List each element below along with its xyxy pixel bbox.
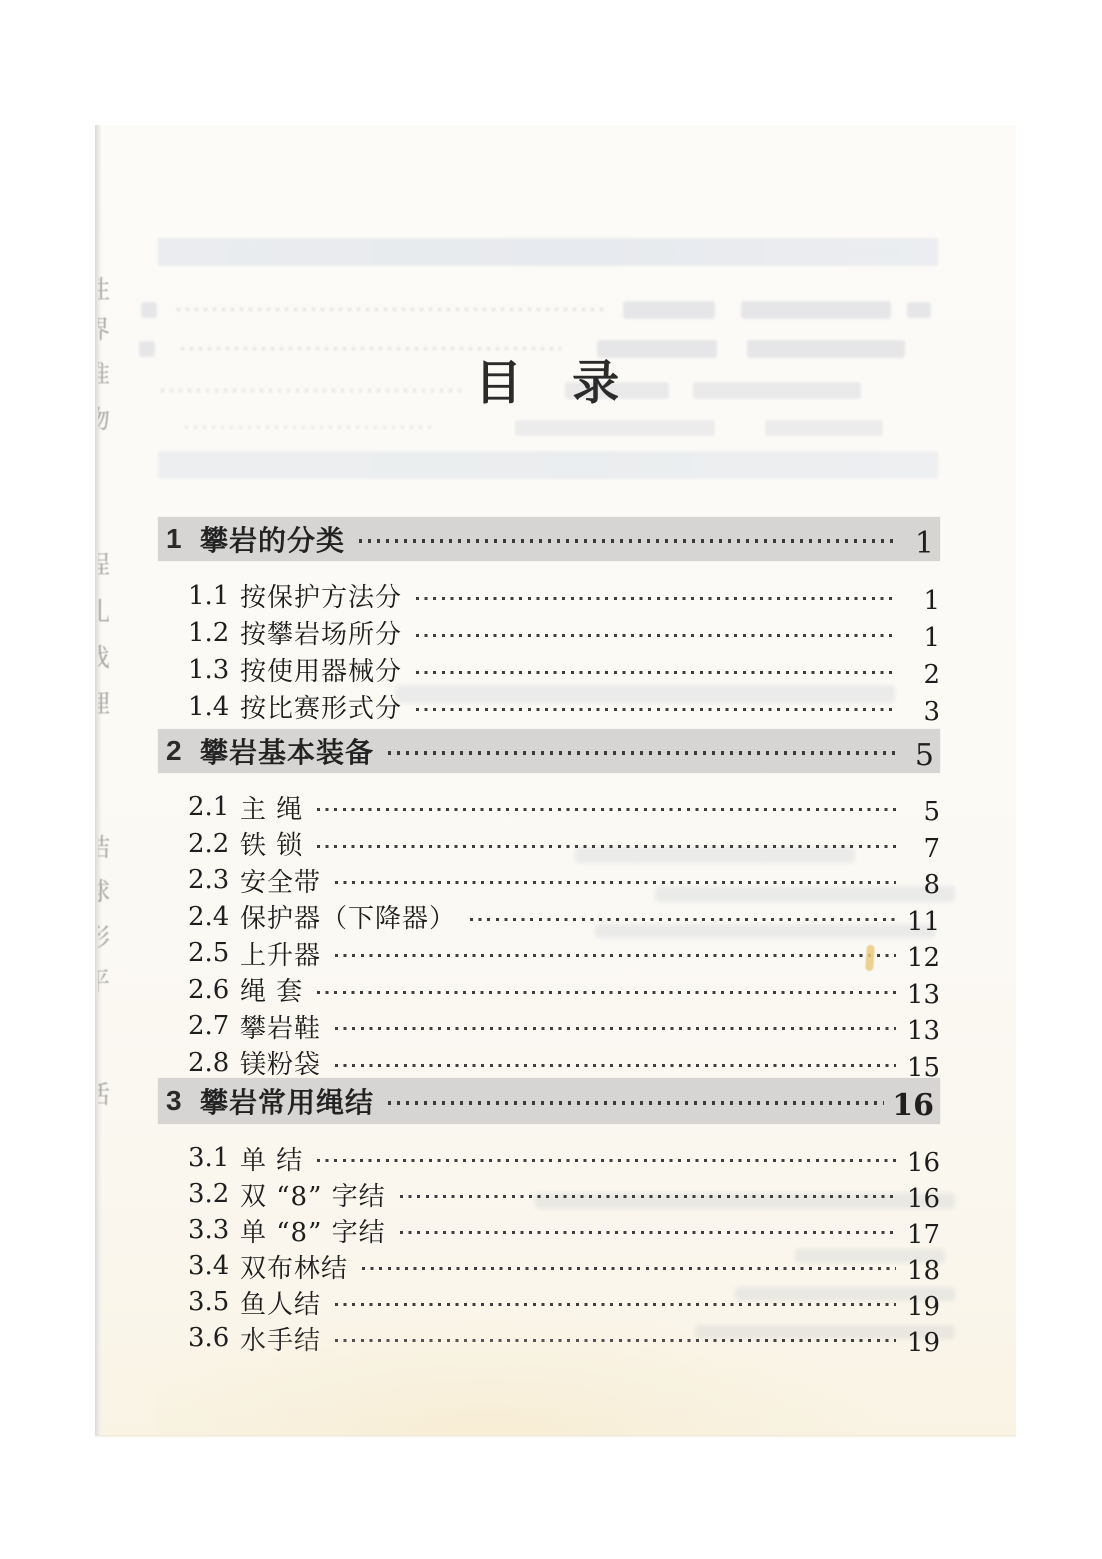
entry-title: 绳 套 bbox=[240, 971, 303, 1008]
dot-leader bbox=[416, 597, 896, 600]
entry-page-number: 11 bbox=[902, 907, 940, 937]
toc-section: 2 攀岩基本装备 5 2.1 主 绳 5 2.2 铁 锁 7 2.3 安全带 8… bbox=[158, 729, 940, 1081]
entry-number: 3.3 bbox=[188, 1215, 240, 1245]
entry-page-number: 8 bbox=[902, 870, 940, 900]
toc-entry: 3.6 水手结 19 bbox=[158, 1320, 940, 1356]
edge-character-fragment: 界 bbox=[98, 310, 110, 346]
dot-leader bbox=[335, 881, 896, 884]
toc-entry: 2.4 保护器（下降器） 11 bbox=[158, 899, 940, 936]
toc-entry: 3.1 单 结 16 bbox=[158, 1140, 940, 1176]
dot-leader bbox=[335, 1303, 896, 1306]
edge-character-fragment: 程 bbox=[98, 545, 110, 581]
entry-number: 2.8 bbox=[188, 1048, 240, 1078]
bleedthrough-bar bbox=[158, 451, 938, 479]
toc-entry: 2.6 绳 套 13 bbox=[158, 972, 940, 1009]
dot-leader bbox=[416, 708, 896, 711]
dot-leader bbox=[400, 1231, 896, 1234]
edge-character-fragment: 结 bbox=[98, 828, 110, 864]
section-entries: 1.1 按保护方法分 1 1.2 按攀岩场所分 1 1.3 按使用器械分 2 1… bbox=[158, 561, 940, 725]
dot-leader bbox=[388, 751, 896, 754]
page-title: 目 录 bbox=[158, 356, 940, 412]
toc-entry: 1.1 按保护方法分 1 bbox=[158, 577, 940, 614]
dot-leader bbox=[359, 539, 896, 542]
entry-title: 安全带 bbox=[240, 862, 321, 899]
entry-number: 3.5 bbox=[188, 1287, 240, 1317]
entry-number: 1.2 bbox=[188, 618, 240, 648]
edge-character-fragment: 理 bbox=[98, 684, 110, 720]
entry-title: 鱼人结 bbox=[240, 1284, 321, 1321]
entry-page-number: 3 bbox=[902, 697, 940, 727]
toc-section: 3 攀岩常用绳结 16 3.1 单 结 16 3.2 双 “8” 字结 16 3… bbox=[158, 1078, 940, 1356]
edge-character-fragment: 球 bbox=[98, 872, 110, 908]
bleedthrough-line bbox=[155, 418, 895, 438]
entry-page-number: 17 bbox=[902, 1220, 940, 1250]
dot-leader bbox=[317, 991, 896, 994]
entry-number: 2.3 bbox=[188, 865, 240, 895]
entry-page-number: 12 bbox=[902, 943, 940, 973]
entry-number: 2.1 bbox=[188, 792, 240, 822]
entry-page-number: 1 bbox=[902, 586, 940, 616]
entry-page-number: 19 bbox=[902, 1328, 940, 1358]
entry-title: 镁粉袋 bbox=[240, 1044, 321, 1081]
entry-page-number: 16 bbox=[902, 1148, 940, 1178]
book-page: 性界唯物程孔战理结球形平活 bbox=[95, 125, 1016, 1436]
dot-leader bbox=[362, 1267, 896, 1270]
section-page-number: 1 bbox=[904, 526, 934, 561]
edge-character-fragment: 性 bbox=[98, 270, 110, 306]
entry-title: 单 结 bbox=[240, 1140, 303, 1177]
entry-number: 1.4 bbox=[188, 692, 240, 722]
entry-title: 单 “8” 字结 bbox=[240, 1212, 386, 1249]
entry-title: 攀岩鞋 bbox=[240, 1008, 321, 1045]
entry-title: 主 绳 bbox=[240, 789, 303, 826]
edge-character-fragment: 平 bbox=[98, 962, 110, 998]
entry-page-number: 16 bbox=[902, 1184, 940, 1214]
entry-title: 铁 锁 bbox=[240, 825, 303, 862]
edge-character-fragment: 形 bbox=[98, 918, 110, 954]
toc-entry: 3.5 鱼人结 19 bbox=[158, 1284, 940, 1320]
entry-title: 保护器（下降器） bbox=[240, 898, 456, 935]
section-title: 攀岩的分类 bbox=[200, 519, 345, 559]
entry-page-number: 18 bbox=[902, 1256, 940, 1286]
edge-character-fragment: 唯 bbox=[98, 355, 110, 391]
entry-title: 按比赛形式分 bbox=[240, 688, 402, 725]
dot-leader bbox=[416, 634, 896, 637]
dot-leader bbox=[416, 671, 896, 674]
toc-section-header: 3 攀岩常用绳结 16 bbox=[158, 1078, 940, 1124]
section-page-number: 16 bbox=[892, 1088, 934, 1123]
entry-title: 按使用器械分 bbox=[240, 651, 402, 688]
dot-leader bbox=[400, 1195, 896, 1198]
toc-entry: 3.3 单 “8” 字结 17 bbox=[158, 1212, 940, 1248]
entry-title: 双 “8” 字结 bbox=[240, 1176, 386, 1213]
dot-leader bbox=[317, 808, 896, 811]
entry-number: 1.3 bbox=[188, 655, 240, 685]
entry-page-number: 5 bbox=[902, 797, 940, 827]
bleedthrough-bar bbox=[158, 238, 938, 266]
toc-entry: 2.5 上升器 12 bbox=[158, 935, 940, 972]
entry-page-number: 19 bbox=[902, 1292, 940, 1322]
adjacent-page-edge: 性界唯物程孔战理结球形平活 bbox=[98, 125, 113, 1436]
dot-leader bbox=[388, 1101, 884, 1104]
toc-entry: 1.4 按比赛形式分 3 bbox=[158, 688, 940, 725]
toc-section: 1 攀岩的分类 1 1.1 按保护方法分 1 1.2 按攀岩场所分 1 1.3 … bbox=[158, 517, 940, 725]
dot-leader bbox=[335, 1027, 896, 1030]
entry-title: 水手结 bbox=[240, 1320, 321, 1357]
entry-page-number: 13 bbox=[902, 980, 940, 1010]
entry-number: 2.4 bbox=[188, 902, 240, 932]
toc-entry: 2.2 铁 锁 7 bbox=[158, 826, 940, 863]
entry-number: 3.6 bbox=[188, 1323, 240, 1353]
toc-entry: 2.1 主 绳 5 bbox=[158, 789, 940, 826]
section-title: 攀岩基本装备 bbox=[200, 731, 374, 771]
dot-leader bbox=[470, 918, 896, 921]
edge-character-fragment: 物 bbox=[98, 400, 110, 436]
entry-page-number: 13 bbox=[902, 1016, 940, 1046]
bleedthrough-line bbox=[135, 300, 935, 320]
section-entries: 2.1 主 绳 5 2.2 铁 锁 7 2.3 安全带 8 2.4 保护器（下降… bbox=[158, 773, 940, 1081]
dot-leader bbox=[335, 1064, 896, 1067]
entry-page-number: 2 bbox=[902, 660, 940, 690]
toc-entry: 2.3 安全带 8 bbox=[158, 862, 940, 899]
dot-leader bbox=[317, 1159, 896, 1162]
dot-leader bbox=[335, 954, 896, 957]
toc-entry: 3.4 双布林结 18 bbox=[158, 1248, 940, 1284]
section-entries: 3.1 单 结 16 3.2 双 “8” 字结 16 3.3 单 “8” 字结 … bbox=[158, 1124, 940, 1356]
section-page-number: 5 bbox=[904, 738, 934, 773]
section-number: 3 bbox=[166, 1085, 200, 1117]
toc-entry: 2.8 镁粉袋 15 bbox=[158, 1045, 940, 1082]
section-number: 2 bbox=[166, 735, 200, 767]
toc-entry: 3.2 双 “8” 字结 16 bbox=[158, 1176, 940, 1212]
entry-number: 3.2 bbox=[188, 1179, 240, 1209]
section-title: 攀岩常用绳结 bbox=[200, 1081, 374, 1121]
edge-character-fragment: 活 bbox=[98, 1075, 110, 1111]
toc-section-header: 2 攀岩基本装备 5 bbox=[158, 729, 940, 773]
entry-title: 双布林结 bbox=[240, 1248, 348, 1285]
edge-character-fragment: 战 bbox=[98, 638, 110, 674]
entry-title: 上升器 bbox=[240, 935, 321, 972]
entry-number: 3.1 bbox=[188, 1143, 240, 1173]
toc-entry: 1.2 按攀岩场所分 1 bbox=[158, 614, 940, 651]
toc-entry: 2.7 攀岩鞋 13 bbox=[158, 1008, 940, 1045]
toc-section-header: 1 攀岩的分类 1 bbox=[158, 517, 940, 561]
toc-entry: 1.3 按使用器械分 2 bbox=[158, 651, 940, 688]
dot-leader bbox=[317, 845, 896, 848]
dot-leader bbox=[335, 1339, 896, 1342]
entry-number: 2.7 bbox=[188, 1011, 240, 1041]
entry-number: 2.2 bbox=[188, 829, 240, 859]
entry-page-number: 1 bbox=[902, 623, 940, 653]
section-number: 1 bbox=[166, 523, 200, 555]
entry-title: 按攀岩场所分 bbox=[240, 614, 402, 651]
entry-number: 3.4 bbox=[188, 1251, 240, 1281]
entry-page-number: 7 bbox=[902, 834, 940, 864]
photographed-document: 性界唯物程孔战理结球形平活 bbox=[0, 0, 1102, 1559]
entry-title: 按保护方法分 bbox=[240, 577, 402, 614]
entry-number: 2.5 bbox=[188, 938, 240, 968]
entry-number: 1.1 bbox=[188, 581, 240, 611]
entry-number: 2.6 bbox=[188, 975, 240, 1005]
edge-character-fragment: 孔 bbox=[98, 592, 110, 628]
